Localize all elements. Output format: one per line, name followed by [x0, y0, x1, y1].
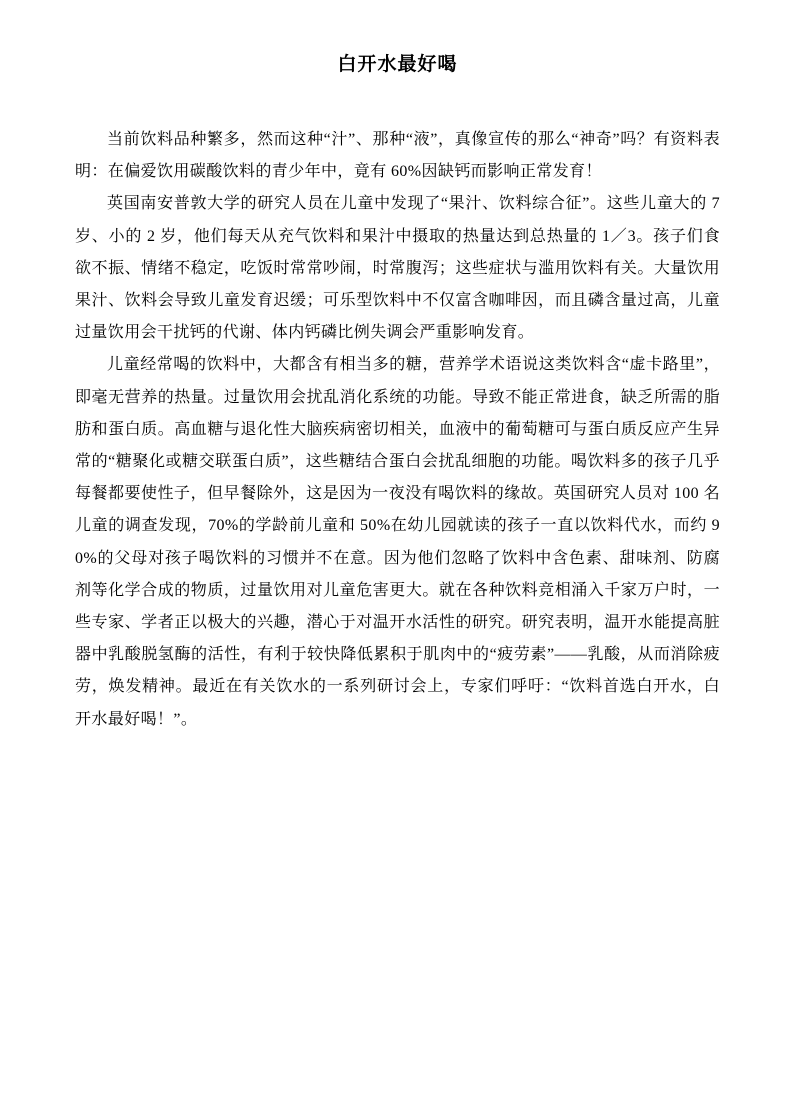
paragraph-1: 当前饮料品种繁多，然而这种“汁”、那种“液”，真像宣传的那么“神奇”吗？有资料表…	[75, 124, 720, 188]
document-title: 白开水最好喝	[75, 50, 720, 80]
document-body: 当前饮料品种繁多，然而这种“汁”、那种“液”，真像宣传的那么“神奇”吗？有资料表…	[75, 124, 720, 736]
paragraph-3: 儿童经常喝的饮料中，大都含有相当多的糖，营养学术语说这类饮料含“虚卡路里”，即毫…	[75, 349, 720, 735]
paragraph-2: 英国南安普敦大学的研究人员在儿童中发现了“果汁、饮料综合征”。这些儿童大的 7 …	[75, 188, 720, 349]
document-page: 白开水最好喝 当前饮料品种繁多，然而这种“汁”、那种“液”，真像宣传的那么“神奇…	[0, 0, 794, 1108]
